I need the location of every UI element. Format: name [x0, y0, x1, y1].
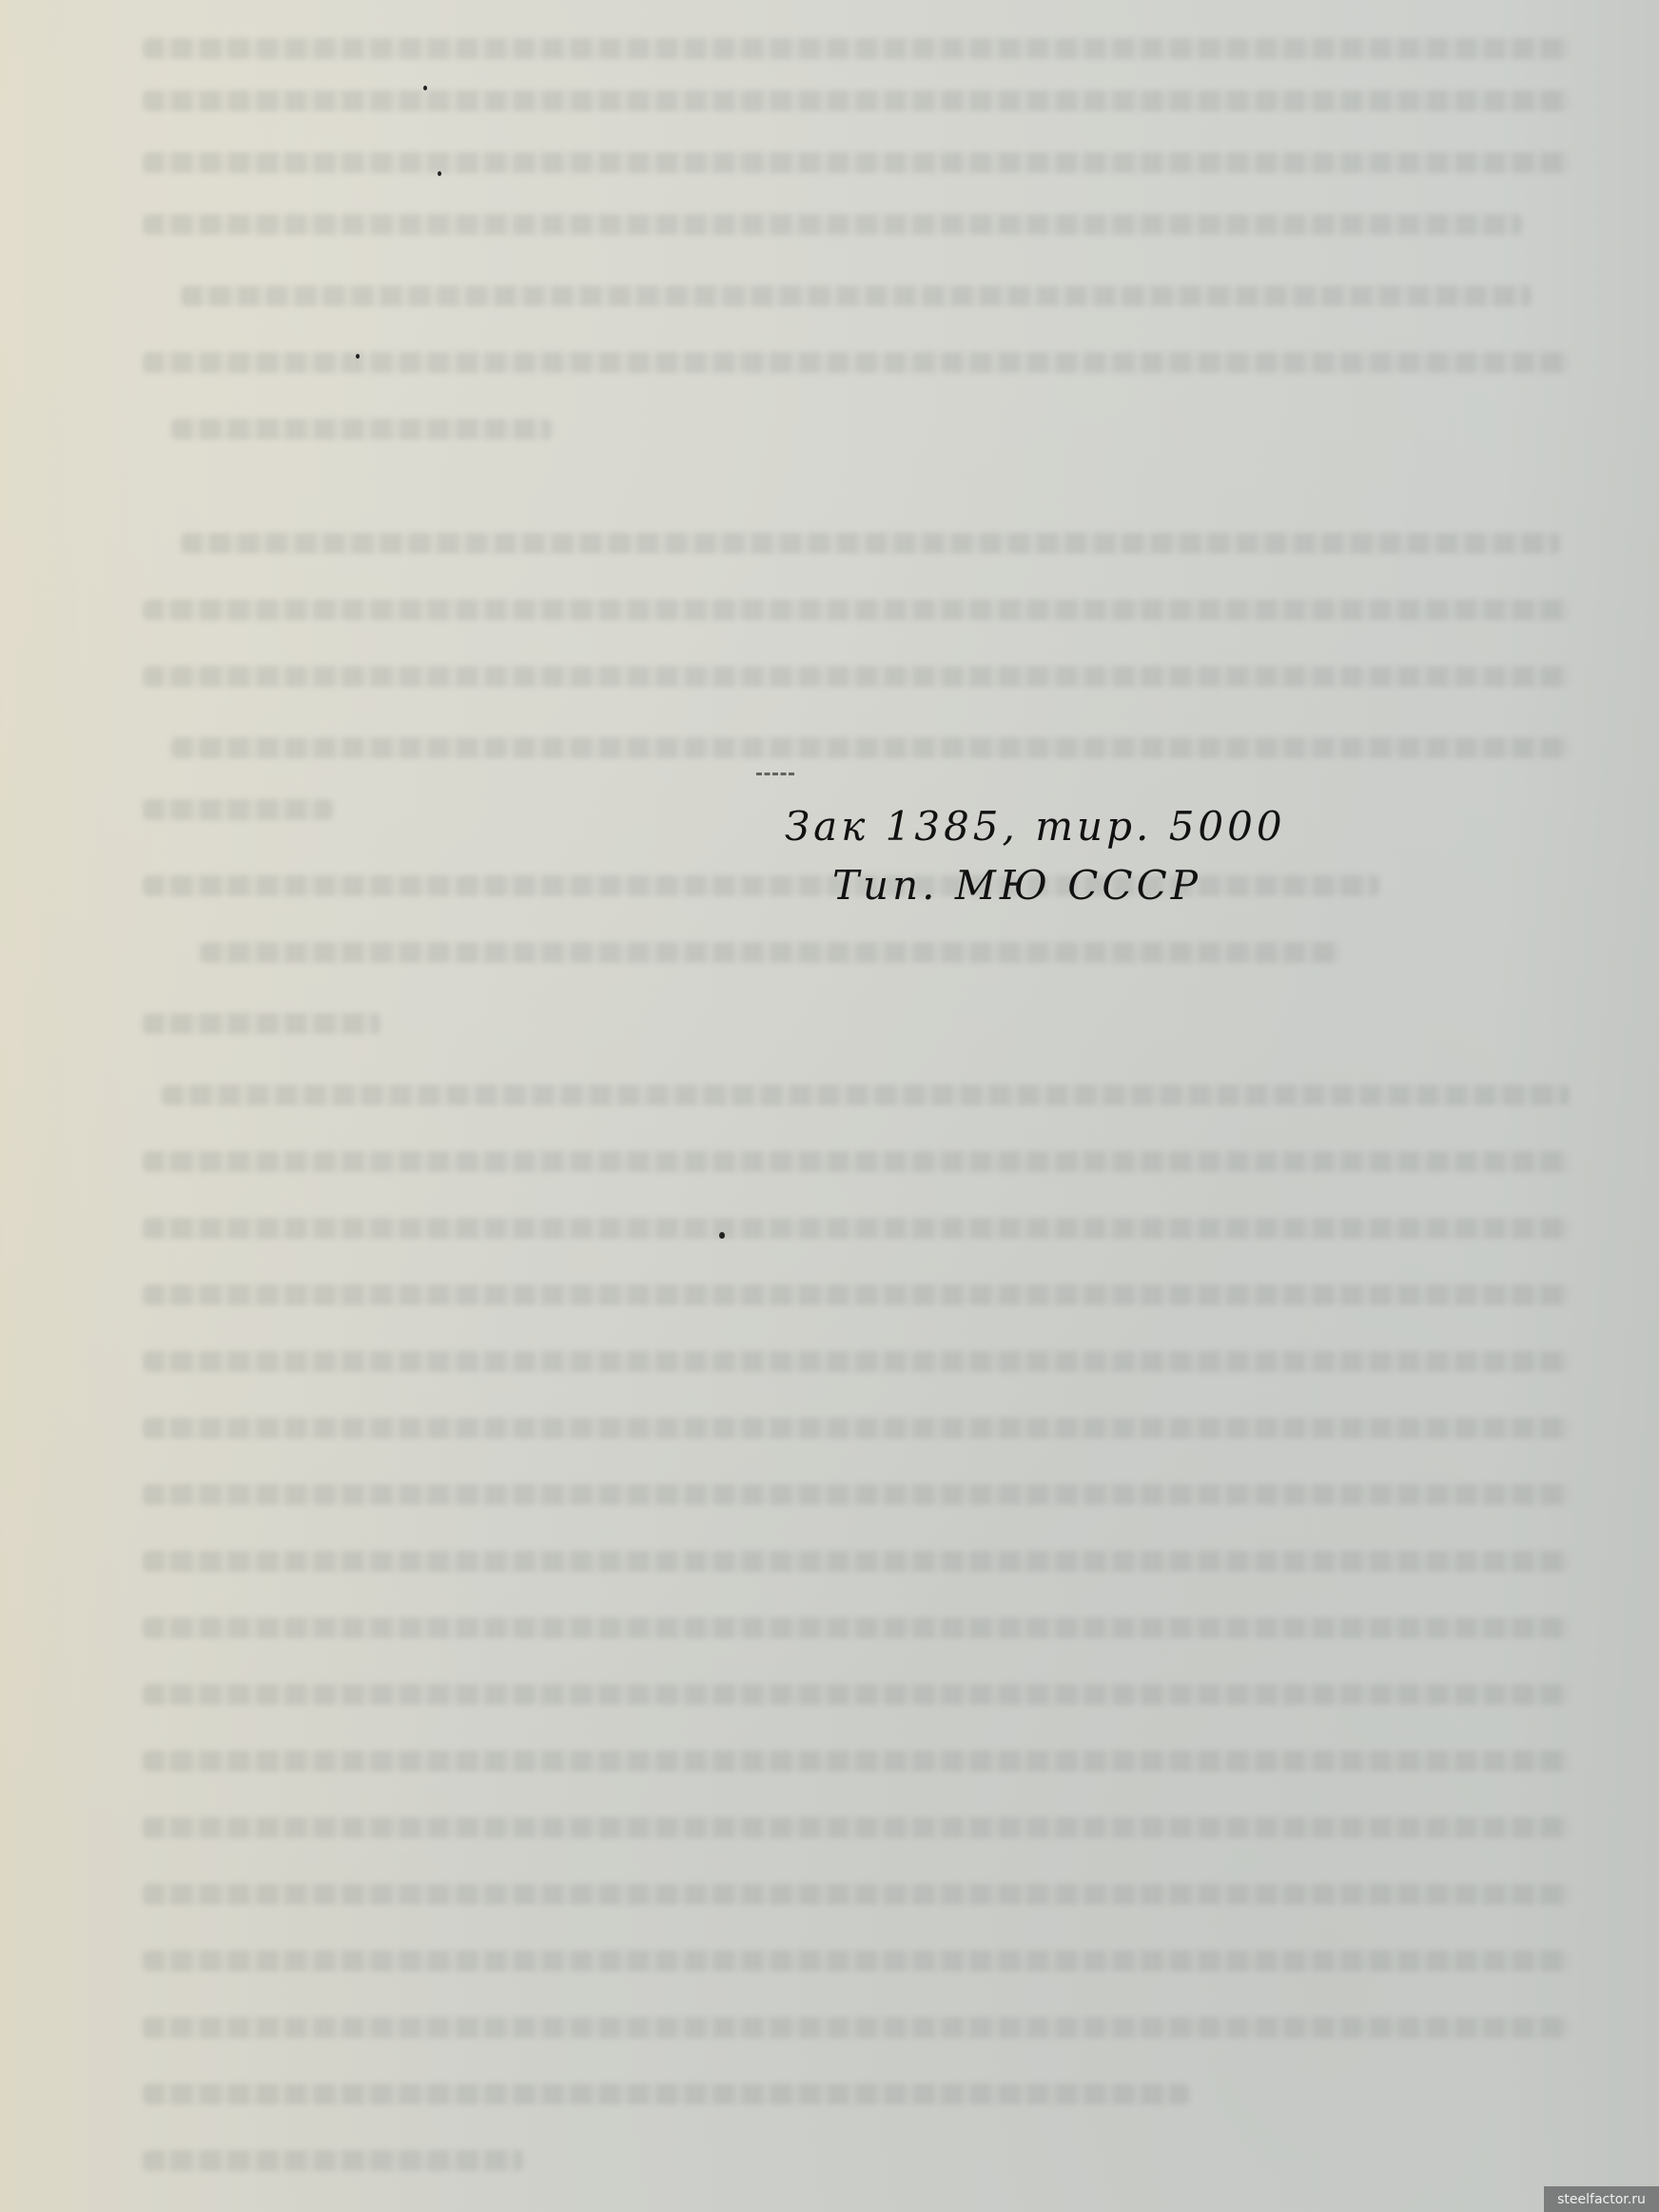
order-and-print-run: Зак 1385, тир. 5000	[780, 797, 1351, 856]
ink-speck	[356, 354, 360, 359]
ink-speck	[423, 86, 427, 90]
show-through-text	[143, 0, 1583, 2212]
ink-speck	[438, 171, 441, 176]
pencil-dash-mark	[756, 773, 794, 778]
site-watermark: steelfactor.ru	[1544, 2186, 1659, 2212]
ink-speck	[719, 1232, 725, 1239]
handwritten-print-note: Зак 1385, тир. 5000 Тип. МЮ СССР	[780, 797, 1351, 915]
printing-house: Тип. МЮ СССР	[780, 856, 1351, 915]
